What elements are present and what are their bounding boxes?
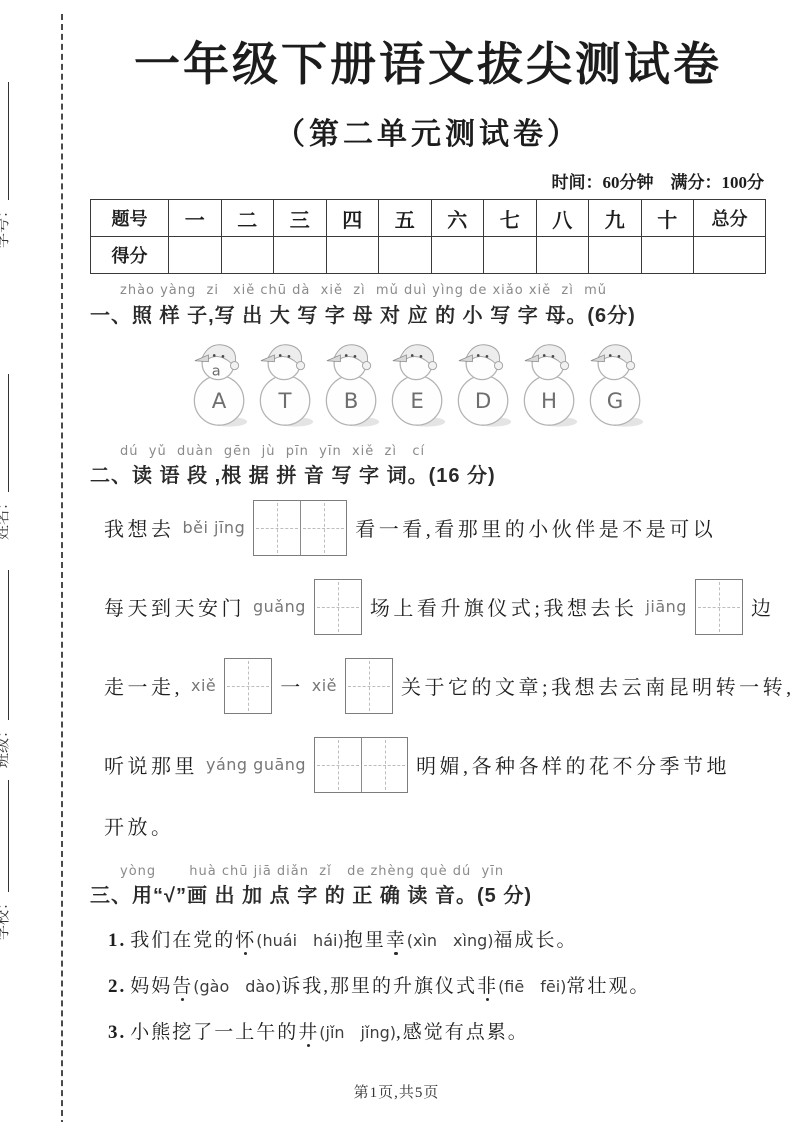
item-2: 2.妈妈告(gào dào)诉我,那里的升旗仪式非(fiē fēi)常壮观。	[90, 973, 766, 1000]
col-8: 八	[536, 200, 589, 237]
test-paper-page: { "page": { "title": "一年级下册语文拔尖测试卷", "su…	[0, 0, 793, 1122]
paper-content: 一年级下册语文拔尖测试卷 （第二单元测试卷） 时间：60分钟 满分：100分 题…	[90, 0, 766, 1046]
total-score-cell	[694, 237, 766, 274]
score-cell-2	[221, 237, 274, 274]
item-3: 3.小熊挖了一上午的井(jǐn jǐng),感觉有点累。	[90, 1019, 766, 1046]
paragraph-line-2: 每天到天安门 guǎng 场上看升旗仪式;我想去长 jiāng 边	[90, 567, 766, 646]
snowman-nose-icon	[327, 355, 341, 362]
snowman-body-letter: A	[212, 389, 227, 414]
score-table-score-row: 得分	[91, 237, 766, 274]
item-1-dotted-char: 怀	[235, 930, 256, 951]
writing-box-1cell	[695, 579, 743, 635]
snowman: H	[520, 338, 582, 431]
section2-heading: 二、读 语 段 ,根 据 拼 音 写 字 词。(16 分)	[90, 459, 766, 488]
item-1-number: 1.	[108, 930, 126, 951]
score-cell-9	[589, 237, 642, 274]
paper-subtitle: （第二单元测试卷）	[90, 109, 766, 153]
col-6: 六	[431, 200, 484, 237]
col-3: 三	[274, 200, 327, 237]
snowman-nose-icon	[393, 355, 407, 362]
writing-box-2cell	[314, 737, 408, 793]
line1-text2: 看一看,看那里的小伙伴是不是可以	[355, 513, 716, 542]
score-cell-7	[484, 237, 537, 274]
line5-text: 开放。	[104, 811, 175, 840]
snowman: G	[586, 338, 648, 431]
line3-text2: 一	[280, 671, 304, 700]
score-table: 题号 一 二 三 四 五 六 七 八 九 十 总分 得分	[90, 199, 766, 274]
snowman-nose-icon	[591, 355, 605, 362]
class-field: 班级：	[0, 570, 16, 768]
snowman-nose-icon	[525, 355, 539, 362]
student-id-field: 学号：	[0, 82, 16, 248]
col-10: 十	[641, 200, 694, 237]
line4-text2: 明媚,各种各样的花不分季节地	[416, 750, 730, 779]
line2-text: 每天到天安门	[104, 592, 245, 621]
snowman: D	[454, 338, 516, 431]
item-1-text2: 抱里	[344, 930, 386, 951]
snowman-body-letter: G	[607, 389, 624, 414]
line2-pinyin: guǎng	[253, 597, 306, 616]
class-blank-line	[0, 570, 9, 720]
paper-title: 一年级下册语文拔尖测试卷	[90, 28, 766, 94]
snowman-body-letter: D	[475, 389, 491, 414]
score-label: 得分	[91, 237, 169, 274]
writing-box-1cell	[345, 658, 393, 714]
snowman-body-letter: B	[344, 389, 359, 414]
name-blank-line	[0, 374, 9, 492]
page-number-footer: 第1页,共5页	[0, 1081, 793, 1102]
snowman-nose-icon	[459, 355, 473, 362]
paragraph-line-3: 走一走, xiě 一 xiě 关于它的文章;我想去云南昆明转一转,	[90, 646, 766, 725]
cut-dashed-line	[61, 14, 63, 1122]
snowman-nose-icon	[195, 355, 209, 362]
school-blank-line	[0, 780, 9, 892]
student-id-label: 学号：	[0, 203, 12, 248]
paragraph-line-5: 开放。	[90, 804, 766, 846]
section2-paragraph: 我想去 běi jīng 看一看,看那里的小伙伴是不是可以 每天到天安门 guǎ…	[90, 488, 766, 846]
line1-text: 我想去	[104, 513, 175, 542]
school-field: 学校：	[0, 780, 16, 940]
writing-box-2cell	[253, 500, 347, 556]
student-id-blank-line	[0, 82, 9, 200]
item-3-dotted-char: 井	[298, 1022, 319, 1043]
line1-pinyin: běi jīng	[183, 518, 246, 537]
line2-pinyin2: jiāng	[645, 597, 687, 616]
section1-heading: 一、照 样 子,写 出 大 写 字 母 对 应 的 小 写 字 母。(6分)	[90, 299, 766, 328]
snowman: B	[322, 338, 384, 431]
line2-text3: 边	[751, 592, 775, 621]
question-number-header: 题号	[91, 200, 169, 237]
snowman-body-letter: T	[278, 389, 293, 414]
item-2-text2: 诉我,那里的升旗仪式	[281, 976, 477, 997]
score-cell-8	[536, 237, 589, 274]
col-1: 一	[169, 200, 222, 237]
line2-text2: 场上看升旗仪式;我想去长	[370, 592, 638, 621]
snowman-body-letter: H	[541, 389, 557, 414]
col-4: 四	[326, 200, 379, 237]
item-1-pinyin-choices2: (xìn xìng)	[407, 931, 494, 950]
item-2-text: 妈妈	[130, 976, 172, 997]
score-cell-6	[431, 237, 484, 274]
item-1-dotted-char2: 幸	[386, 930, 407, 951]
time-score-info: 时间：60分钟 满分：100分	[90, 168, 766, 193]
item-1-pinyin-choices: (huái hái)	[256, 931, 343, 950]
item-1-text3: 福成长。	[494, 930, 578, 951]
item-3-text: 小熊挖了一上午的	[130, 1022, 298, 1043]
writing-box-1cell	[224, 658, 272, 714]
school-label: 学校：	[0, 895, 12, 940]
item-3-text2: ,感觉有点累。	[396, 1022, 529, 1043]
paragraph-line-1: 我想去 běi jīng 看一看,看那里的小伙伴是不是可以	[90, 488, 766, 567]
line4-pinyin: yáng guāng	[206, 755, 306, 774]
item-1-text: 我们在党的	[130, 930, 235, 951]
score-cell-3	[274, 237, 327, 274]
score-cell-1	[169, 237, 222, 274]
item-1: 1.我们在党的怀(huái hái)抱里幸(xìn xìng)福成长。	[90, 927, 766, 954]
section1-pinyin: zhào yàng zi xiě chū dà xiě zì mǔ duì yì…	[120, 279, 766, 298]
snowman-nose-icon	[261, 355, 275, 362]
class-label: 班级：	[0, 723, 12, 768]
line4-text: 听说那里	[104, 750, 198, 779]
snowman: E	[388, 338, 450, 431]
line3-text: 走一走,	[104, 671, 183, 700]
item-3-pinyin-choices: (jǐn jǐng)	[319, 1023, 396, 1042]
section3-heading: 三、用“√”画 出 加 点 字 的 正 确 读 音。(5 分)	[90, 879, 766, 908]
total-score-header: 总分	[694, 200, 766, 237]
name-label: 姓名：	[0, 495, 12, 540]
snowman-head-letter: a	[212, 363, 221, 379]
score-table-header-row: 题号 一 二 三 四 五 六 七 八 九 十 总分	[91, 200, 766, 237]
line3-pinyin: xiě	[191, 676, 216, 695]
snowmen-row: a A T B	[190, 338, 766, 431]
item-2-pinyin-choices: (gào dào)	[193, 977, 281, 996]
item-3-number: 3.	[108, 1022, 126, 1043]
paragraph-line-4: 听说那里 yáng guāng 明媚,各种各样的花不分季节地	[90, 725, 766, 804]
score-cell-4	[326, 237, 379, 274]
writing-box-1cell	[314, 579, 362, 635]
score-cell-5	[379, 237, 432, 274]
section2-pinyin: dú yǔ duàn gēn jù pīn yīn xiě zì cí	[120, 444, 766, 459]
col-9: 九	[589, 200, 642, 237]
item-2-pinyin-choices2: (fiē fēi)	[498, 977, 566, 996]
col-5: 五	[379, 200, 432, 237]
snowman-body-letter: E	[410, 389, 423, 414]
item-2-dotted-char2: 非	[477, 976, 498, 997]
col-2: 二	[221, 200, 274, 237]
line3-text3: 关于它的文章;我想去云南昆明转一转,	[401, 671, 793, 700]
item-2-dotted-char: 告	[172, 976, 193, 997]
section3-pinyin: yòng huà chū jiā diǎn zǐ de zhèng què dú…	[120, 860, 766, 879]
snowman: T	[256, 338, 318, 431]
name-field: 姓名：	[0, 374, 16, 540]
col-7: 七	[484, 200, 537, 237]
score-cell-10	[641, 237, 694, 274]
item-2-number: 2.	[108, 976, 126, 997]
section3-items: 1.我们在党的怀(huái hái)抱里幸(xìn xìng)福成长。 2.妈妈…	[90, 927, 766, 1046]
line3-pinyin2: xiě	[312, 676, 337, 695]
snowman-example: a A	[190, 338, 252, 431]
item-2-text3: 常壮观。	[566, 976, 650, 997]
